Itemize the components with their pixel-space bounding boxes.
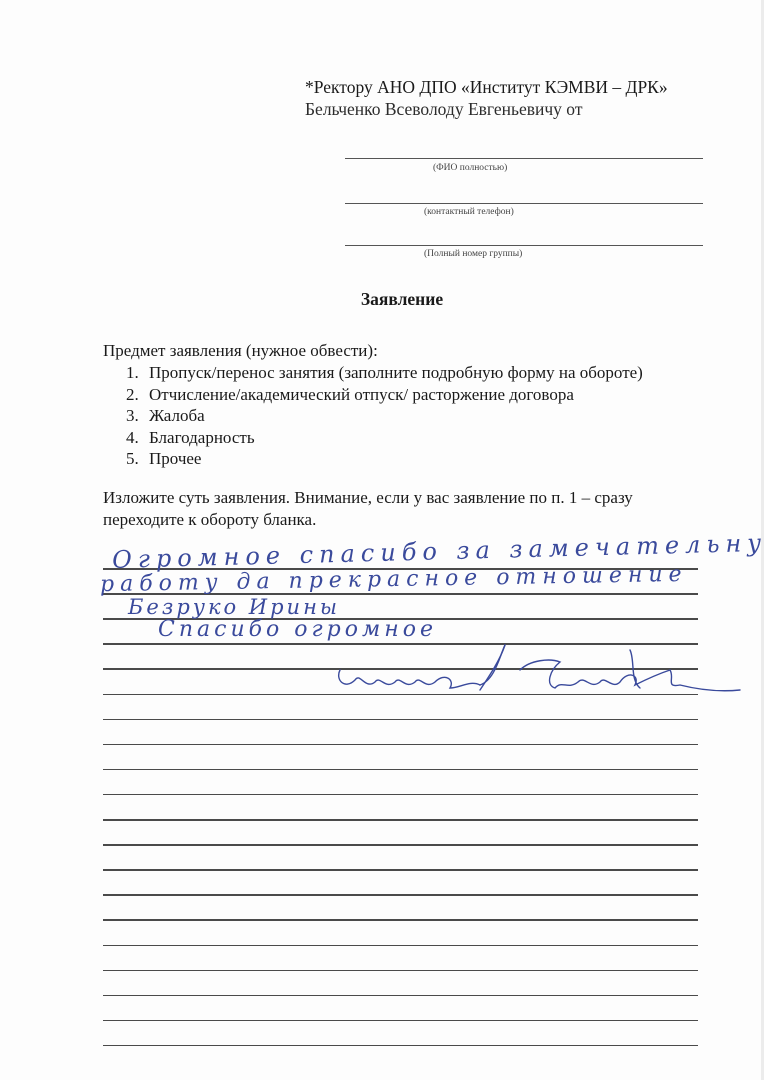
- subject-options-list: 1.Пропуск/перенос занятия (заполните под…: [126, 362, 643, 470]
- ruled-line: [103, 744, 698, 746]
- ruled-line: [103, 1045, 698, 1047]
- ruled-line: [103, 794, 698, 796]
- addressee-line-2: Бельченко Всеволоду Евгеньевичу от: [305, 99, 582, 120]
- ruled-line: [103, 1020, 698, 1022]
- subject-option[interactable]: 4.Благодарность: [126, 427, 643, 449]
- signature-icon: [330, 640, 750, 710]
- handwritten-line: Безруко Ирины: [128, 595, 340, 619]
- subject-option[interactable]: 2.Отчисление/академический отпуск/ расто…: [126, 384, 643, 406]
- addressee-line-1: *Ректору АНО ДПО «Институт КЭМВИ – ДРК»: [305, 77, 668, 98]
- full-name-caption: (ФИО полностью): [433, 163, 507, 173]
- ruled-line: [103, 844, 698, 846]
- ruled-line: [103, 919, 698, 921]
- ruled-line: [103, 719, 698, 721]
- ruled-line: [103, 894, 698, 896]
- phone-field[interactable]: [345, 203, 703, 204]
- phone-caption: (контактный телефон): [424, 207, 514, 217]
- handwritten-line: Спасибо огромное: [158, 617, 437, 642]
- ruled-line: [103, 869, 698, 871]
- subject-option[interactable]: 5.Прочее: [126, 448, 643, 470]
- group-number-field[interactable]: [345, 245, 703, 246]
- ruled-line: [103, 819, 698, 821]
- ruled-line: [103, 945, 698, 947]
- subject-option[interactable]: 3.Жалоба: [126, 405, 643, 427]
- ruled-line: [103, 970, 698, 972]
- instruction-text: Изложите суть заявления. Внимание, если …: [103, 487, 673, 531]
- document-title: Заявление: [0, 289, 764, 310]
- ruled-line: [103, 769, 698, 771]
- full-name-field[interactable]: [345, 158, 703, 159]
- subject-option[interactable]: 1.Пропуск/перенос занятия (заполните под…: [126, 362, 643, 384]
- subject-label: Предмет заявления (нужное обвести):: [103, 341, 378, 361]
- group-number-caption: (Полный номер группы): [424, 249, 522, 259]
- ruled-line: [103, 995, 698, 997]
